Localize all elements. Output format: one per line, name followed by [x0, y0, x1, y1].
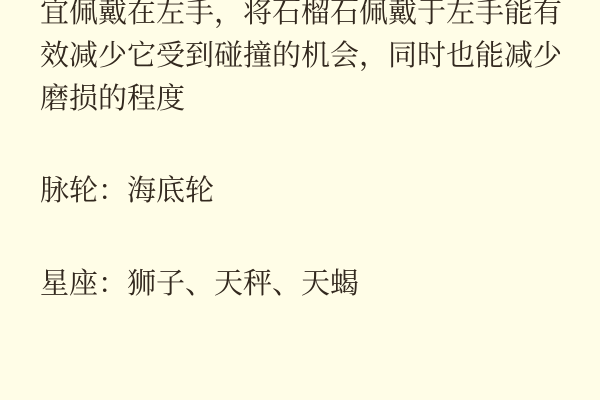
- zodiac-line: 星座：狮子、天秤、天蝎: [40, 263, 575, 306]
- chakra-line: 脉轮：海底轮: [40, 170, 575, 213]
- paragraph-wearing-advice: 宜佩戴在左手，将石榴石佩戴于左手能有效减少它受到碰撞的机会，同时也能减少磨损的程…: [40, 0, 575, 121]
- article-page: 宜佩戴在左手，将石榴石佩戴于左手能有效减少它受到碰撞的机会，同时也能减少磨损的程…: [0, 0, 600, 400]
